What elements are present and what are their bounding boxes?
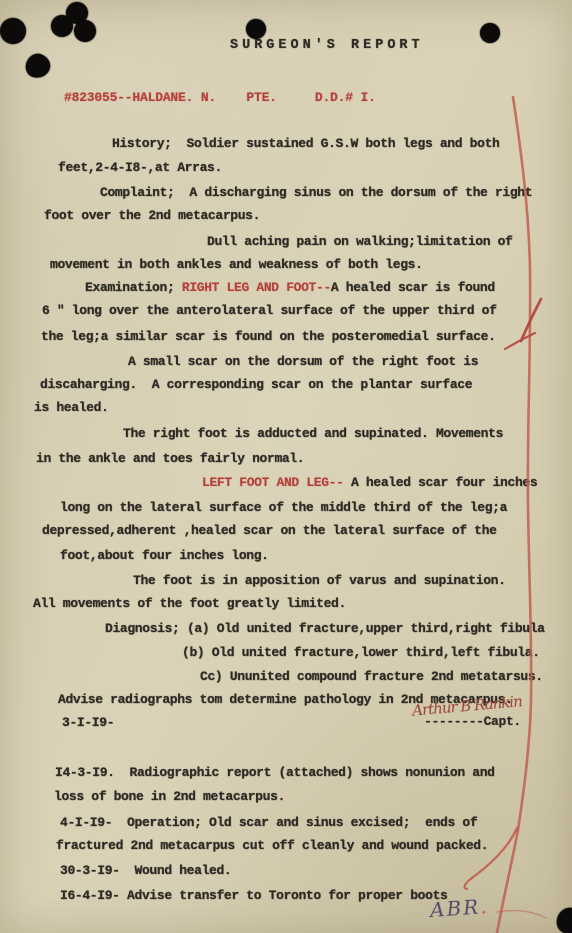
typed-line-13: The right foot is adducted and supinated… bbox=[123, 426, 503, 442]
typed-line-1: History; Soldier sustained G.S.W both le… bbox=[112, 136, 499, 152]
typed-segment: Dull aching pain on walking;limitation o… bbox=[207, 234, 513, 249]
typed-line-17: depressed,adherent ,healed scar on the l… bbox=[42, 523, 497, 539]
typed-segment: is healed. bbox=[34, 400, 109, 415]
typed-line-20: All movements of the foot greatly limite… bbox=[33, 596, 346, 612]
typed-line-27: loss of bone in 2nd metacarpus. bbox=[54, 789, 285, 805]
typed-segment: foot,about four inches long. bbox=[60, 548, 269, 563]
signature-dashes-and-rank: --------Capt. bbox=[424, 714, 521, 729]
initials-period: . bbox=[479, 894, 489, 919]
typed-segment: movement in both ankles and weakness of … bbox=[50, 257, 423, 272]
typed-segment: the leg;a similar scar is found on the p… bbox=[41, 329, 496, 344]
typed-segment: long on the lateral surface of the middl… bbox=[60, 500, 507, 515]
typed-segment: The foot is in apposition of varus and s… bbox=[133, 573, 506, 588]
red-check-mark bbox=[521, 299, 541, 341]
initials-text: ABR bbox=[429, 895, 481, 922]
handwritten-initials: ABR. bbox=[429, 894, 489, 922]
typed-line-9: the leg;a similar scar is found on the p… bbox=[41, 329, 496, 345]
ink-blot bbox=[480, 23, 500, 43]
red-typed-segment: RIGHT LEG AND FOOT-- bbox=[182, 280, 331, 295]
typed-line-12: is healed. bbox=[34, 400, 109, 416]
typed-line-18: foot,about four inches long. bbox=[60, 548, 269, 564]
typed-line-10: A small scar on the dorsum of the right … bbox=[128, 354, 478, 370]
typed-segment: I4-3-I9. Radiographic report (attached) … bbox=[55, 765, 495, 780]
typed-segment: All movements of the foot greatly limite… bbox=[33, 596, 346, 611]
typed-line-15: LEFT FOOT AND LEG-- A healed scar four i… bbox=[202, 475, 537, 491]
typed-segment: depressed,adherent ,healed scar on the l… bbox=[42, 523, 497, 538]
typed-line-3: Complaint; A discharging sinus on the do… bbox=[100, 185, 532, 201]
typed-segment: in the ankle and toes fairly normal. bbox=[36, 451, 304, 466]
red-bottom-stroke bbox=[497, 911, 546, 918]
typed-line-30: 30-3-I9- Wound healed. bbox=[60, 863, 231, 879]
typed-segment: fractured 2nd metacarpus cut off cleanly… bbox=[56, 838, 488, 853]
typed-line-31: I6-4-I9- Advise transfer to Toronto for … bbox=[60, 888, 447, 904]
typed-segment: 6 " long over the anterolateral surface … bbox=[42, 303, 497, 318]
typed-segment: 30-3-I9- Wound healed. bbox=[60, 863, 231, 878]
typed-line-7: Examination; RIGHT LEG AND FOOT--A heale… bbox=[85, 280, 495, 296]
typed-line-5: Dull aching pain on walking;limitation o… bbox=[207, 234, 513, 250]
typed-line-11: discaharging. A corresponding scar on th… bbox=[40, 377, 472, 393]
typed-line-22: (b) Old united fracture,lower third,left… bbox=[182, 645, 540, 661]
typed-segment: A small scar on the dorsum of the right … bbox=[128, 354, 478, 369]
typed-segment: feet,2-4-I8-,at Arras. bbox=[58, 160, 222, 175]
red-typed-segment: LEFT FOOT AND LEG-- bbox=[202, 475, 351, 490]
typed-line-19: The foot is in apposition of varus and s… bbox=[133, 573, 506, 589]
ink-blot bbox=[23, 51, 53, 81]
typed-segment: foot over the 2nd metacarpus. bbox=[44, 208, 260, 223]
typed-line-16: long on the lateral surface of the middl… bbox=[60, 500, 507, 516]
typed-segment: History; Soldier sustained G.S.W both le… bbox=[112, 136, 499, 151]
typed-line-14: in the ankle and toes fairly normal. bbox=[36, 451, 304, 467]
typed-segment: I6-4-I9- Advise transfer to Toronto for … bbox=[60, 888, 447, 903]
typed-line-25: 3-I-I9- bbox=[62, 715, 114, 731]
typed-segment: A healed scar is found bbox=[331, 280, 495, 295]
typed-segment: loss of bone in 2nd metacarpus. bbox=[54, 789, 285, 804]
surgeons-report-page: SURGEON'S REPORT #823055--HALDANE. N. PT… bbox=[0, 0, 572, 933]
typed-segment: 3-I-I9- bbox=[62, 715, 114, 730]
typed-line-23: Cc) Ununited compound fracture 2nd metat… bbox=[200, 669, 543, 685]
typed-segment: Complaint; A discharging sinus on the do… bbox=[100, 185, 532, 200]
typed-segment: Diagnosis; (a) Old united fracture,upper… bbox=[105, 621, 545, 636]
typed-segment: A healed scar four inches bbox=[351, 475, 537, 490]
ink-blot bbox=[554, 905, 572, 933]
typed-line-28: 4-I-I9- Operation; Old scar and sinus ex… bbox=[60, 815, 477, 831]
typed-segment: Examination; bbox=[85, 280, 182, 295]
typed-line-29: fractured 2nd metacarpus cut off cleanly… bbox=[56, 838, 488, 854]
typed-line-6: movement in both ankles and weakness of … bbox=[50, 257, 423, 273]
typed-segment: discaharging. A corresponding scar on th… bbox=[40, 377, 472, 392]
typed-segment: 4-I-I9- Operation; Old scar and sinus ex… bbox=[60, 815, 477, 830]
ink-blot bbox=[0, 18, 26, 44]
page-title: SURGEON'S REPORT bbox=[230, 38, 424, 53]
ink-blot bbox=[74, 20, 96, 42]
typed-line-2: feet,2-4-I8-,at Arras. bbox=[58, 160, 222, 176]
typed-line-4: foot over the 2nd metacarpus. bbox=[44, 208, 260, 224]
typed-segment: (b) Old united fracture,lower third,left… bbox=[182, 645, 540, 660]
case-header-line: #823055--HALDANE. N. PTE. D.D.# I. bbox=[64, 90, 376, 105]
typed-line-8: 6 " long over the anterolateral surface … bbox=[42, 303, 497, 319]
typed-segment: The right foot is adducted and supinated… bbox=[123, 426, 503, 441]
ink-blot bbox=[246, 19, 266, 39]
typed-line-26: I4-3-I9. Radiographic report (attached) … bbox=[55, 765, 495, 781]
typed-segment: Cc) Ununited compound fracture 2nd metat… bbox=[200, 669, 543, 684]
typed-line-21: Diagnosis; (a) Old united fracture,upper… bbox=[105, 621, 545, 637]
red-check-mark-foot bbox=[505, 333, 535, 349]
